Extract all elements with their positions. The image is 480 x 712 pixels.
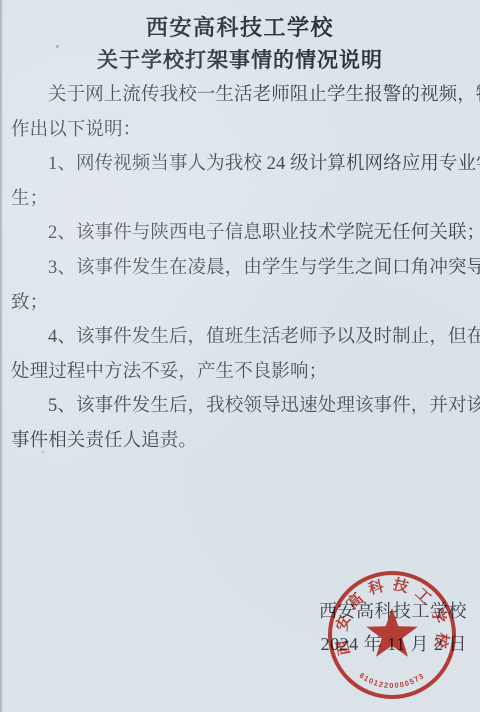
document-body: 关于网上流传我校一生活老师阻止学生报警的视频，特 作出以下说明： 1、网传视频当… (0, 78, 480, 459)
body-line: 5、该事件发生后，我校领导迅速处理该事件，并对该 (11, 389, 469, 424)
body-line: 致； (11, 286, 469, 321)
body-line: 3、该事件发生在凌晨，由学生与学生之间口角冲突导 (11, 251, 469, 286)
seal-serial-number: 6101220000573 (358, 671, 427, 690)
body-line: 4、该事件发生后，值班生活老师予以及时制止，但在 (11, 320, 469, 355)
official-seal: 西安高科技工学校 6101220000573 (322, 565, 462, 705)
body-line: 作出以下说明： (11, 113, 469, 148)
scan-speck (56, 45, 59, 48)
scan-speck (42, 451, 44, 453)
scanned-document-page: 西安高科技工学校 关于学校打架事情的情况说明 关于网上流传我校一生活老师阻止学生… (0, 0, 480, 712)
body-line: 事件相关责任人追责。 (11, 424, 469, 459)
document-title: 西安高科技工学校 (0, 0, 480, 42)
body-line: 关于网上流传我校一生活老师阻止学生报警的视频，特 (11, 78, 469, 113)
svg-text:6101220000573: 6101220000573 (358, 671, 427, 690)
body-line: 生； (11, 182, 469, 217)
body-line: 1、网传视频当事人为我校 24 级计算机网络应用专业学 (11, 147, 469, 182)
scan-edge-shadow (0, 0, 3, 712)
body-line: 2、该事件与陕西电子信息职业技术学院无任何关联； (11, 216, 469, 251)
seal-star-icon (366, 608, 417, 657)
document-subtitle: 关于学校打架事情的情况说明 (0, 47, 480, 74)
body-line: 处理过程中方法不妥，产生不良影响； (11, 355, 469, 390)
